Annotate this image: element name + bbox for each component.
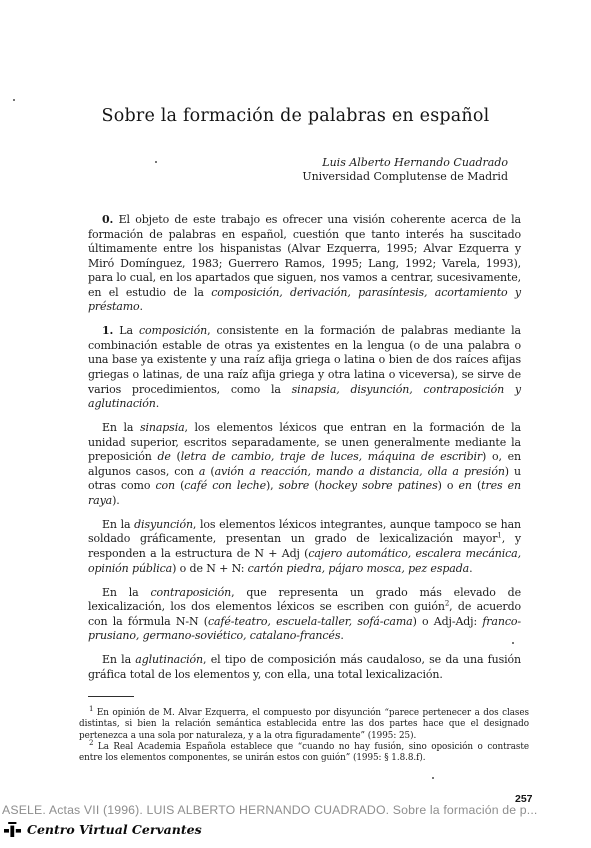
footer-brand: Centro Virtual Cervantes	[4, 822, 202, 837]
cervantes-logo-icon	[4, 822, 21, 837]
affiliation: Universidad Complutense de Madrid	[302, 170, 508, 184]
document-page: Sobre la formación de palabras en españo…	[0, 0, 591, 848]
paragraph: En la sinapsia, los elementos léxicos qu…	[88, 421, 521, 508]
scan-speck	[432, 777, 434, 779]
paragraph: En la aglutinación, el tipo de composici…	[88, 653, 521, 682]
paragraph: En la disyunción, los elementos léxicos …	[88, 518, 521, 576]
paragraph: 1. La composición, consistente en la for…	[88, 324, 521, 411]
paragraph: En la contraposición, que representa un …	[88, 586, 521, 644]
paragraph: 0. El objeto de este trabajo es ofrecer …	[88, 213, 521, 315]
footnote-block: 1 En opinión de M. Alvar Ezquerra, el co…	[79, 690, 529, 764]
page-number: 257	[515, 793, 533, 805]
footnote-separator	[88, 696, 134, 697]
author: Luis Alberto Hernando Cuadrado	[302, 156, 508, 170]
footnote: 2 La Real Academia Española establece qu…	[79, 742, 529, 765]
footnotes: 1 En opinión de M. Alvar Ezquerra, el co…	[79, 708, 529, 764]
article-body: 0. El objeto de este trabajo es ofrecer …	[88, 213, 521, 692]
byline: Luis Alberto Hernando Cuadrado Universid…	[302, 156, 508, 183]
footer-brand-label: Centro Virtual Cervantes	[27, 822, 202, 837]
scan-speck	[13, 99, 15, 101]
page-title: Sobre la formación de palabras en españo…	[0, 106, 591, 126]
scan-speck	[155, 161, 157, 163]
footnote: 1 En opinión de M. Alvar Ezquerra, el co…	[79, 708, 529, 742]
scan-speck	[512, 642, 514, 644]
footer-citation: ASELE. Actas VII (1996). LUIS ALBERTO HE…	[2, 803, 538, 817]
